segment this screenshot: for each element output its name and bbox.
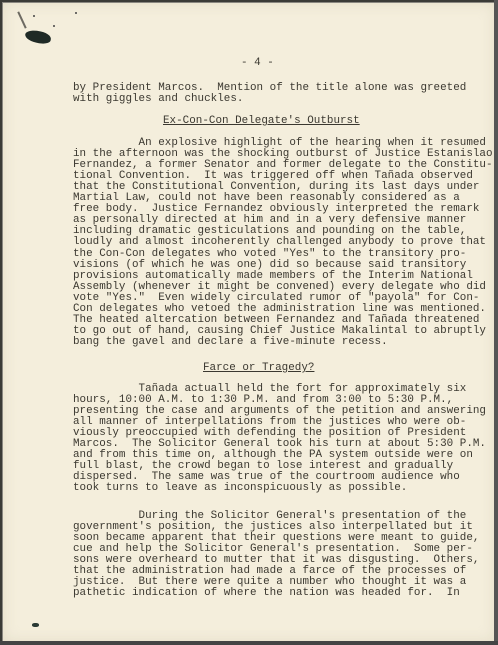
text-line: the Con-Con delegates who voted "Yes" to… xyxy=(73,249,466,260)
section-heading-farce: Farce or Tragedy? xyxy=(203,363,314,374)
text-line: took turns to leave as inconspicuously a… xyxy=(73,483,407,494)
text-line: loudly and almost incoherently challenge… xyxy=(73,237,486,248)
text-line: visions (of which he was one) did so bec… xyxy=(73,260,466,271)
intro-line: with giggles and chuckles. xyxy=(73,94,243,105)
document-page: - 4 - by President Marcos. Mention of th… xyxy=(2,2,495,642)
scan-frame-bottom xyxy=(0,641,498,645)
text-line: Assembly (whenever it might be convened)… xyxy=(73,282,486,293)
page-number: - 4 - xyxy=(241,58,274,69)
text-line: bang the gavel and declare a five-minute… xyxy=(73,337,388,348)
text-line: provisions automatically made members of… xyxy=(73,271,473,282)
section-heading-outburst: Ex-Con-Con Delegate's Outburst xyxy=(163,116,360,127)
document-body: - 4 - by President Marcos. Mention of th… xyxy=(3,3,495,642)
scan-frame-right xyxy=(494,0,498,645)
text-line: pathetic indication of where the nation … xyxy=(73,588,460,599)
